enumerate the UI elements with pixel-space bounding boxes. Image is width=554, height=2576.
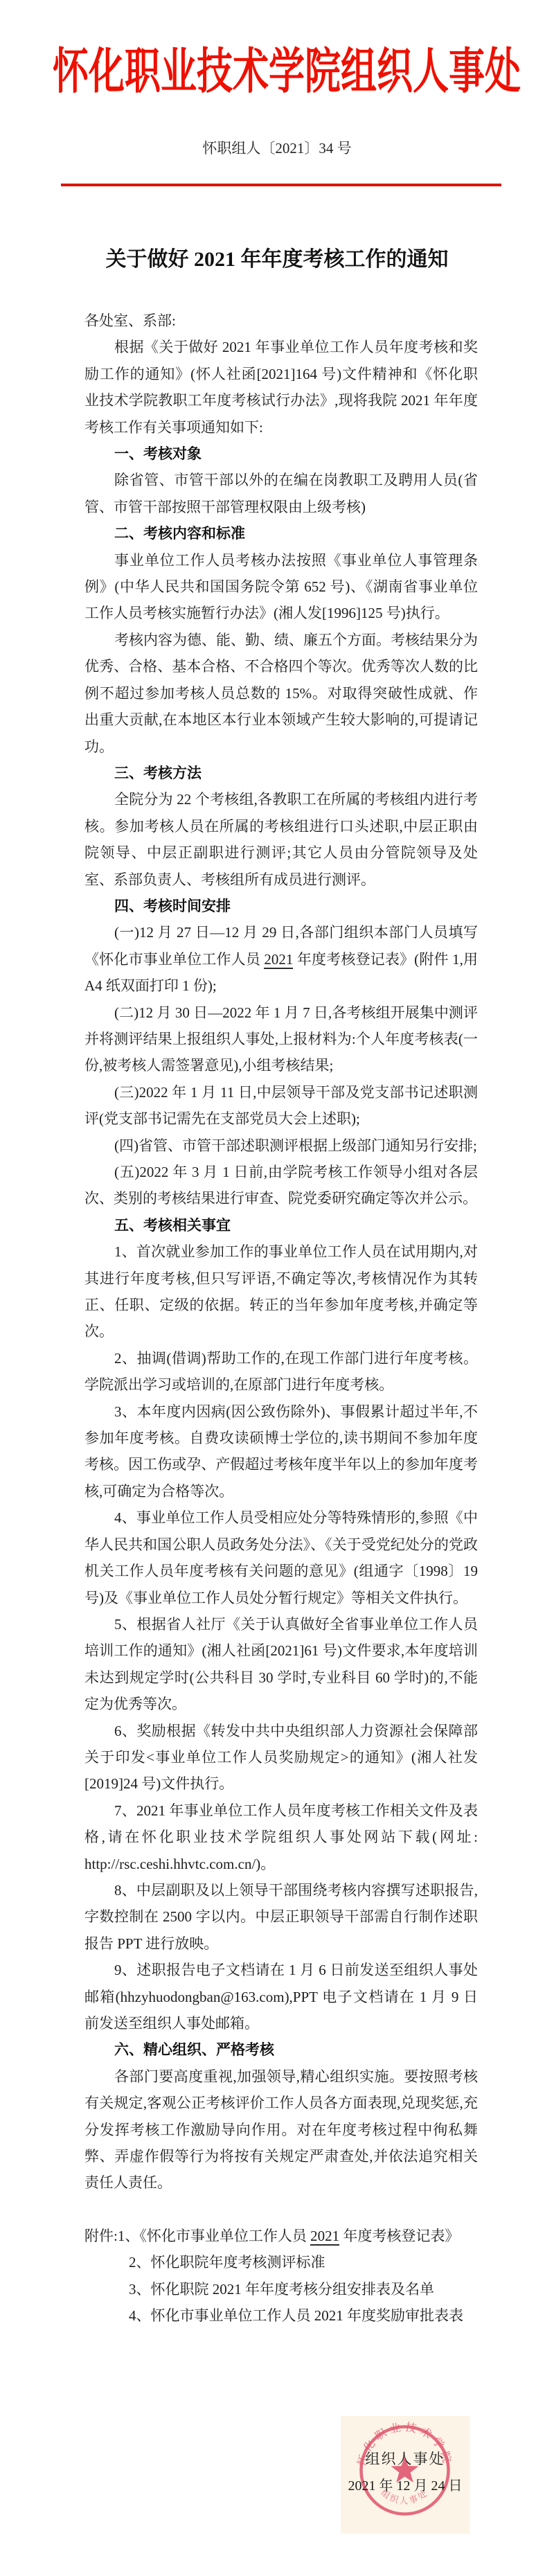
attachment-text: 1、《怀化市事业单位工作人员 xyxy=(118,2228,310,2244)
section-heading-2: 二、考核内容和标准 xyxy=(84,520,478,547)
paragraph: (三)2022 年 1 月 11 日,中层领导干部及党支部书记述职测评(党支部书… xyxy=(84,1079,478,1132)
attachments-label: 附件: xyxy=(84,2228,118,2244)
letterhead-title: 怀化职业技术学院组织人事处 xyxy=(10,32,554,102)
paragraph: 7、2021 年事业单位工作人员年度考核工作相关文件及表格,请在怀化职业技术学院… xyxy=(84,1797,478,1877)
section-heading-6: 六、精心组织、严格考核 xyxy=(84,2036,478,2063)
document-body: 各处室、系部: 根据《关于做好 2021 年事业单位工作人员年度考核和奖励工作的… xyxy=(84,308,478,2329)
attachment-item-3: 3、怀化职院 2021 年年度考核分组安排表及名单 xyxy=(84,2276,478,2302)
paragraph: 考核内容为德、能、勤、绩、廉五个方面。考核结果分为优秀、合格、基本合格、不合格四… xyxy=(84,627,478,760)
paragraph: 1、首次就业参加工作的事业单位工作人员在试用期内,对其进行年度考核,但只写评语,… xyxy=(84,1238,478,1345)
paragraph: 6、奖励根据《转发中共中央组织部人力资源社会保障部关于印发<事业单位工作人员奖励… xyxy=(84,1718,478,1797)
underlined-year: 2021 xyxy=(264,951,293,969)
paragraph: 9、述职报告电子文档请在 1 月 6 日前发送至组织人事处邮箱(hhzyhuod… xyxy=(84,1957,478,2036)
paragraph: (一)12 月 27 日—12 月 29 日,各部门组织本部门人员填写《怀化市事… xyxy=(84,919,478,999)
paragraph: 4、事业单位工作人员受相应处分等特殊情形的,参照《中华人民共和国公职人员政务处分… xyxy=(84,1504,478,1611)
paragraph: (二)12 月 30 日—2022 年 1 月 7 日,各考核组开展集中测评并将… xyxy=(84,1000,478,1079)
paragraph: 各部门要高度重视,加强领导,精心组织实施。要按照考核有关规定,客观公正考核评价工… xyxy=(84,2063,478,2196)
paragraph: (五)2022 年 3 月 1 日前,由学院考核工作领导小组对各层次、类别的考核… xyxy=(84,1159,478,1212)
paragraph: 2、抽调(借调)帮助工作的,在现工作部门进行年度考核。学院派出学习或培训的,在原… xyxy=(84,1345,478,1398)
paragraph: 事业单位工作人员考核办法按照《事业单位人事管理条例》(中华人民共和国国务院令第 … xyxy=(84,547,478,627)
attachment-item-4: 4、怀化市事业单位工作人员 2021 年度奖励审批表表 xyxy=(84,2302,478,2329)
underlined-year: 2021 xyxy=(310,2228,339,2246)
page-title: 关于做好 2021 年年度考核工作的通知 xyxy=(0,242,554,272)
section-heading-4: 四、考核时间安排 xyxy=(84,893,478,919)
salutation: 各处室、系部: xyxy=(84,308,478,334)
section-heading-1: 一、考核对象 xyxy=(84,441,478,467)
document-number: 怀职组人〔2021〕34 号 xyxy=(0,137,554,158)
official-seal-stamp: 怀化职业技术学院 组织人事处 xyxy=(355,2420,455,2521)
signature-department: 组织人事处 xyxy=(346,2448,464,2469)
paragraph: (四)省管、市管干部述职测评根据上级部门通知另行安排; xyxy=(84,1132,478,1159)
paragraph: 根据《关于做好 2021 年事业单位工作人员年度考核和奖励工作的通知》(怀人社函… xyxy=(84,334,478,441)
attachment-item-1: 附件:1、《怀化市事业单位工作人员 2021 年度考核登记表》 xyxy=(84,2223,478,2249)
paragraph: 5、根据省人社厅《关于认真做好全省事业单位工作人员培训工作的通知》(湘人社函[2… xyxy=(84,1611,478,1718)
document-page: 怀化职业技术学院组织人事处 怀职组人〔2021〕34 号 关于做好 2021 年… xyxy=(0,0,554,2576)
section-heading-5: 五、考核相关事宜 xyxy=(84,1212,478,1238)
attachment-text: 年度考核登记表》 xyxy=(339,2228,459,2244)
paragraph: 除省管、市管干部以外的在编在岗教职工及聘用人员(省管、市管干部按照干部管理权限由… xyxy=(84,467,478,520)
signature-date: 2021 年 12 月 24 日 xyxy=(338,2474,472,2494)
paragraph: 全院分为 22 个考核组,各教职工在所属的考核组内进行考核。参加考核人员在所属的… xyxy=(84,786,478,893)
red-divider-line xyxy=(61,184,501,186)
attachment-item-2: 2、怀化职院年度考核测评标准 xyxy=(84,2249,478,2275)
paragraph: 3、本年度内因病(因公致伤除外)、事假累计超过半年,不参加年度考核。自费攻读硕博… xyxy=(84,1398,478,1505)
paragraph: 8、中层副职及以上领导干部围绕考核内容撰写述职报告,字数控制在 2500 字以内… xyxy=(84,1877,478,1957)
section-heading-3: 三、考核方法 xyxy=(84,760,478,786)
attachments-list: 附件:1、《怀化市事业单位工作人员 2021 年度考核登记表》 2、怀化职院年度… xyxy=(84,2223,478,2329)
